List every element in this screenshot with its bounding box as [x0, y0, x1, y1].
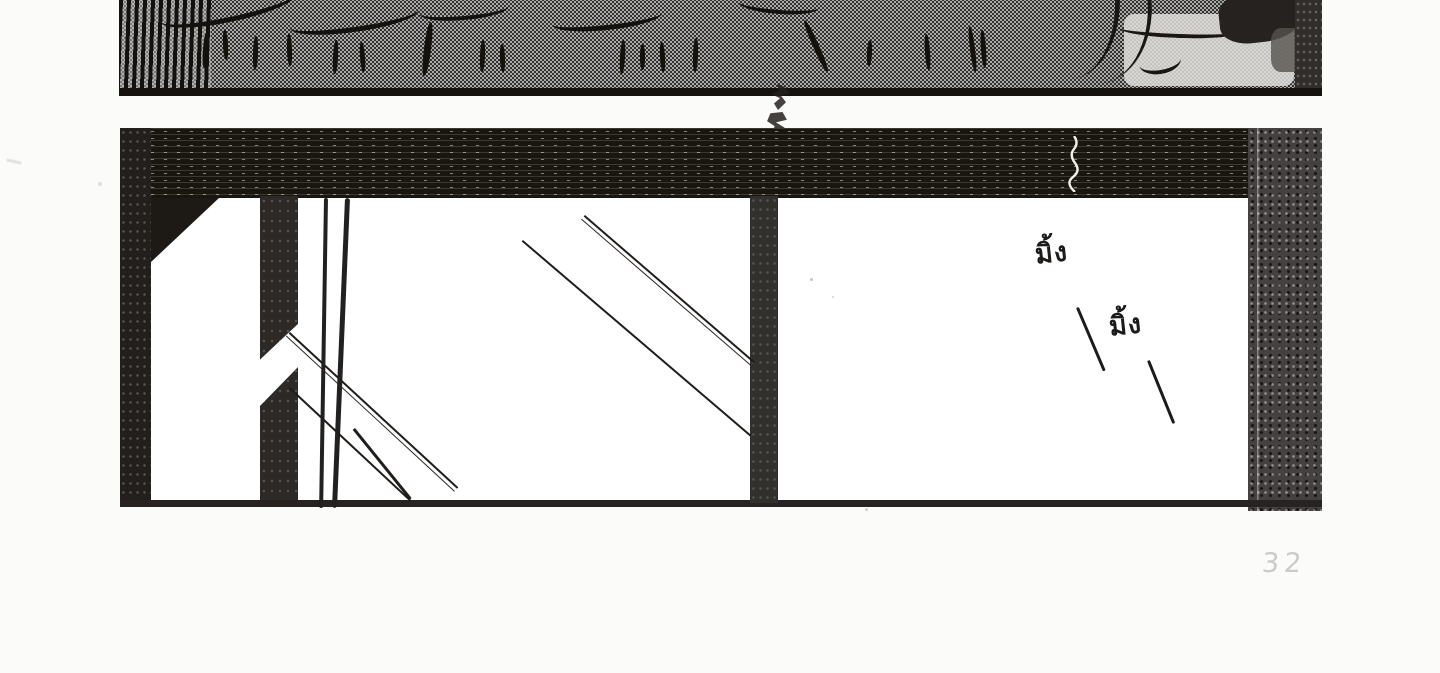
brush-dash	[286, 34, 292, 66]
margin-speck	[98, 182, 102, 186]
strip-right-edge	[1295, 0, 1322, 96]
brush-dash	[619, 40, 626, 74]
dust-speck	[810, 278, 813, 281]
brush-dash	[222, 30, 229, 60]
brush-dash	[659, 42, 666, 72]
top-panel-strip	[119, 0, 1322, 96]
dust-speck	[832, 296, 834, 298]
thin-vertical-line	[319, 198, 328, 508]
panel-border-right	[1248, 128, 1322, 511]
speed-line	[289, 387, 411, 501]
panel-top-band	[120, 128, 1322, 198]
panel-border-bottom	[120, 500, 1322, 507]
scanned-comic-page: { "page": { "page_number": "32", "backgr…	[0, 0, 1440, 673]
brush-dash	[924, 34, 931, 70]
page-number: 32	[1261, 548, 1308, 579]
curved-stroke	[288, 0, 420, 41]
brush-dash	[421, 22, 435, 76]
chamfer-corner	[151, 198, 219, 262]
white-squiggle	[1066, 136, 1082, 192]
brush-dash	[252, 36, 258, 70]
brush-dash	[866, 40, 872, 66]
brush-dash	[640, 44, 645, 70]
sfx-pointer-line	[1147, 360, 1175, 424]
brush-dash	[332, 40, 339, 74]
brush-dash	[692, 38, 698, 72]
main-panel-group: มิ้ง มิ้ง	[120, 128, 1322, 507]
center-divider-bar	[750, 196, 778, 503]
speed-line	[522, 240, 751, 436]
brush-dash	[967, 26, 978, 72]
speed-line-double	[286, 332, 458, 492]
brush-dash	[479, 40, 485, 72]
brush-dash	[359, 42, 366, 72]
strip-bottom-border	[119, 88, 1322, 96]
brush-dash	[980, 30, 988, 68]
dust-speck	[865, 508, 868, 511]
sfx-label: มิ้ง	[1108, 310, 1144, 340]
thin-vertical-line	[332, 198, 350, 508]
margin-smudge	[6, 158, 22, 164]
speed-line-double	[581, 215, 755, 367]
margin-speck	[130, 4, 133, 7]
brush-slash	[802, 19, 830, 73]
brush-dash	[500, 44, 506, 72]
curved-stroke	[418, 0, 509, 24]
sfx-pointer-line	[1076, 307, 1105, 371]
curved-stroke	[738, 0, 819, 17]
border-streaks	[1250, 128, 1276, 511]
sfx-label: มิ้ง	[1034, 238, 1070, 268]
panel-border-left	[120, 128, 151, 500]
curved-stroke	[551, 2, 663, 35]
